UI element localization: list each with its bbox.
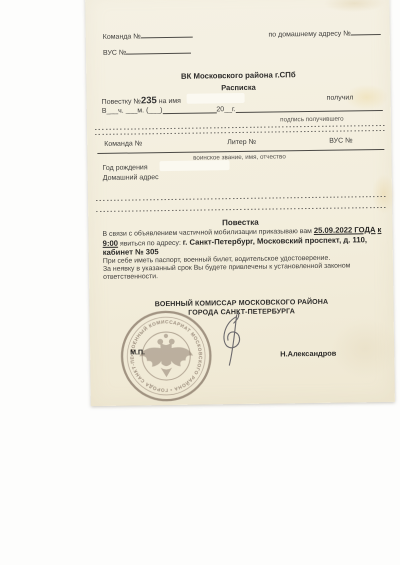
paper-stain xyxy=(323,0,385,13)
vus-number-label: ВУС № xyxy=(103,50,127,57)
signature xyxy=(216,310,253,368)
summons-middle: явиться по адресу: xyxy=(120,239,181,247)
blank-line xyxy=(351,28,381,35)
year-text: 20__г. xyxy=(216,106,235,113)
summons-date: 25.09.2022 ГОДА xyxy=(314,225,376,235)
komanda-number-field: Команда № xyxy=(103,31,193,41)
org-title: ВК Московского района г.СПб xyxy=(86,69,390,82)
summons-number-line: Повестку №235 на имя xyxy=(102,95,181,107)
vus-number-field: ВУС № xyxy=(103,47,192,57)
time-blanks-text: В___ч. ___м. (___) xyxy=(102,107,163,115)
komanda-number-label: Команда № xyxy=(104,140,142,148)
received-word: получил xyxy=(327,94,354,101)
home-address-field: по домашнему адресу № xyxy=(268,28,380,39)
whiteout-patch xyxy=(187,93,245,104)
scan-background: Команда № по домашнему адресу № ВУС № ВК… xyxy=(0,0,400,565)
scanned-summons-document: Команда № по домашнему адресу № ВУС № ВК… xyxy=(85,0,395,406)
liter-number-label: Литер № xyxy=(227,139,256,146)
home-address-label: по домашнему адресу № xyxy=(268,30,350,38)
summons-suffix: на имя xyxy=(157,98,181,105)
vus-number-label: ВУС № xyxy=(329,137,353,144)
blank-line xyxy=(236,104,383,113)
perforation-line xyxy=(95,130,385,135)
whiteout-patch xyxy=(159,160,229,171)
perforation-line xyxy=(95,125,385,130)
signer-name: Н.Александров xyxy=(280,349,336,359)
blank-line xyxy=(141,31,193,39)
paper-stain xyxy=(330,318,400,379)
mp-seal-label: М.П. xyxy=(130,349,145,356)
perforation-line xyxy=(96,196,386,201)
birth-year-label: Год рождения xyxy=(103,164,148,172)
rank-name-caption: воинское звание, имя, отчество xyxy=(87,152,391,163)
top-fields-row: Команда № по домашнему адресу № xyxy=(103,28,381,41)
liability-warning-line: За неявку в указанный срок Вы будете при… xyxy=(103,262,381,282)
perforation-line xyxy=(96,207,386,212)
blank-line xyxy=(126,47,191,55)
summons-number: 235 xyxy=(141,95,157,106)
komanda-number-label: Команда № xyxy=(103,33,141,41)
summons-prefix: Повестку № xyxy=(102,98,141,106)
blank-line xyxy=(162,106,216,114)
home-address-label: Домашний адрес xyxy=(103,174,159,182)
recipient-signature-caption: подпись получившего xyxy=(239,115,385,124)
